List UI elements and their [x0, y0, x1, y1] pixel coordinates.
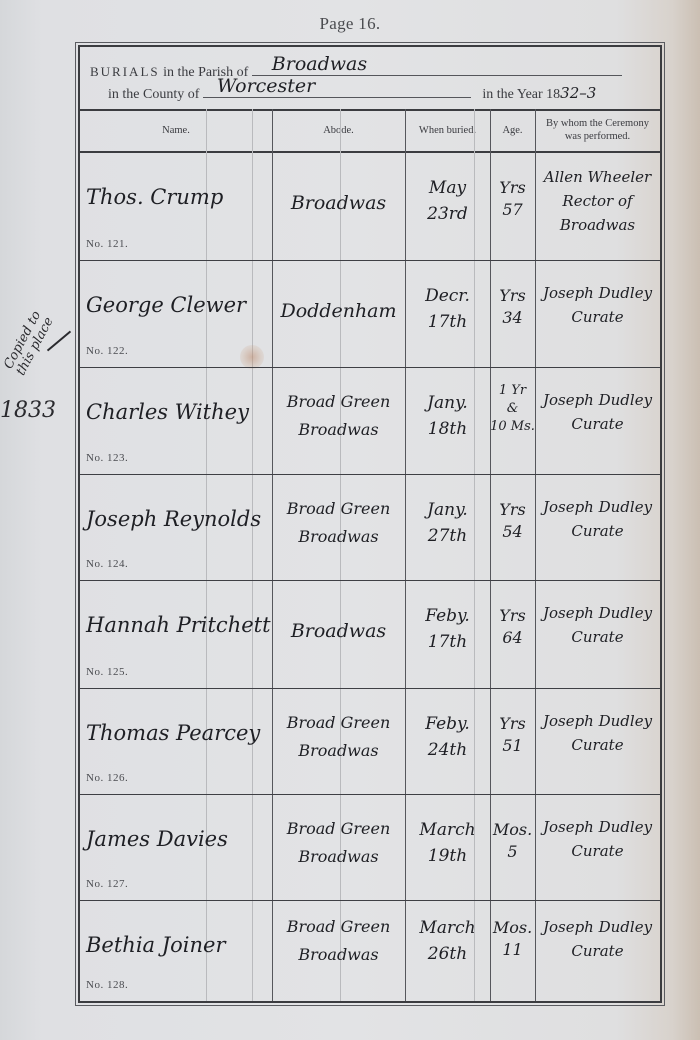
age-value: 34	[490, 307, 535, 329]
age-cell: Yrs57	[490, 153, 535, 260]
entry-number: No. 123.	[86, 452, 128, 464]
entry-number: No. 124.	[86, 558, 128, 570]
abode-cell: Broad GreenBroadwas	[272, 368, 405, 474]
abode-cell: Broad GreenBroadwas	[272, 795, 405, 900]
burial-day: 23rd	[405, 201, 490, 227]
year-label: in the Year 18	[482, 87, 560, 102]
col-header-age: Age.	[490, 109, 535, 151]
name-cell: Hannah Pritchett No. 125.	[80, 581, 272, 688]
officiant-title: Curate	[535, 939, 660, 963]
abode-line: Broadwas	[272, 523, 405, 551]
date-cell: Decr.17th	[405, 261, 490, 367]
date-cell: Jany.27th	[405, 475, 490, 580]
county-label: in the County of	[108, 87, 203, 102]
officiant-title: Curate	[535, 412, 660, 436]
age-value: 57	[490, 199, 535, 221]
officiant-parish: Broadwas	[535, 213, 660, 237]
burial-month: Decr.	[405, 283, 490, 309]
col-header-abode: Abode.	[272, 109, 405, 151]
officiant-name: Joseph Dudley	[535, 709, 660, 733]
margin-note-year: 1833	[0, 398, 56, 423]
name-cell: Charles Withey No. 123.	[80, 368, 272, 474]
register-entry: Bethia Joiner No. 128. Broad GreenBroadw…	[80, 901, 660, 1001]
deceased-name: James Davies	[86, 827, 228, 851]
burials-heading: BURIALS	[90, 64, 160, 79]
age-unit: Yrs	[490, 177, 535, 199]
officiant-title: Curate	[535, 625, 660, 649]
entry-number: No. 122.	[86, 345, 128, 357]
date-cell: Jany.18th	[405, 368, 490, 474]
age-cell: Yrs51	[490, 689, 535, 794]
officiant-name: Joseph Dudley	[535, 281, 660, 305]
officiant-cell: Joseph DudleyCurate	[535, 475, 660, 580]
age-unit: Yrs	[490, 499, 535, 521]
age-unit: Mos.	[490, 917, 535, 939]
age-years: 1 Yr	[490, 382, 535, 400]
parish-line: BURIALS in the Parish of Broadwas	[90, 61, 622, 81]
officiant-name: Joseph Dudley	[535, 601, 660, 625]
burial-day: 27th	[405, 523, 490, 549]
officiant-name: Allen Wheeler	[535, 165, 660, 189]
officiant-cell: Joseph DudleyCurate	[535, 261, 660, 367]
age-cell: Mos.5	[490, 795, 535, 900]
officiant-title: Curate	[535, 839, 660, 863]
burial-day: 24th	[405, 737, 490, 763]
deceased-name: Thos. Crump	[86, 185, 223, 209]
register-entry: George Clewer No. 122. Doddenham Decr.17…	[80, 261, 660, 368]
abode-line: Broadwas	[272, 941, 405, 969]
age-unit: Yrs	[490, 713, 535, 735]
abode-line: Broad Green	[272, 709, 405, 737]
date-cell: May23rd	[405, 153, 490, 260]
deceased-name: Thomas Pearcey	[86, 721, 260, 745]
abode-line: Broad Green	[272, 815, 405, 843]
col-header-name: Name.	[80, 109, 272, 151]
officiant-title: Curate	[535, 305, 660, 329]
abode-line: Broad Green	[272, 495, 405, 523]
age-cell: Mos.11	[490, 901, 535, 1001]
age-cell: Yrs54	[490, 475, 535, 580]
county-field: Worcester	[203, 83, 471, 98]
entry-number: No. 121.	[86, 238, 128, 250]
officiant-cell: Joseph DudleyCurate	[535, 795, 660, 900]
age-value: 51	[490, 735, 535, 757]
abode-cell: Doddenham	[272, 261, 405, 367]
name-cell: Bethia Joiner No. 128.	[80, 901, 272, 1001]
officiant-cell: Joseph DudleyCurate	[535, 581, 660, 688]
officiant-name: Joseph Dudley	[535, 388, 660, 412]
entry-number: No. 125.	[86, 666, 128, 678]
date-cell: March26th	[405, 901, 490, 1001]
date-cell: Feby.17th	[405, 581, 490, 688]
officiant-name: Joseph Dudley	[535, 815, 660, 839]
officiant-cell: Joseph DudleyCurate	[535, 368, 660, 474]
parish-field: Broadwas	[252, 61, 622, 76]
burial-day: 17th	[405, 309, 490, 335]
register-entry: Hannah Pritchett No. 125. Broadwas Feby.…	[80, 581, 660, 689]
officiant-title: Rector of	[535, 189, 660, 213]
register-title-band: BURIALS in the Parish of Broadwas in the…	[80, 47, 660, 111]
year-value: 32–3	[560, 84, 596, 102]
name-cell: Thomas Pearcey No. 126.	[80, 689, 272, 794]
date-cell: March19th	[405, 795, 490, 900]
burial-month: May	[405, 175, 490, 201]
abode-line: Broad Green	[272, 913, 405, 941]
date-cell: Feby.24th	[405, 689, 490, 794]
name-cell: James Davies No. 127.	[80, 795, 272, 900]
abode-line: Broad Green	[272, 388, 405, 416]
margin-tick-mark	[47, 331, 71, 352]
officiant-cell: Allen WheelerRector ofBroadwas	[535, 153, 660, 260]
officiant-name: Joseph Dudley	[535, 495, 660, 519]
burial-month: Jany.	[405, 390, 490, 416]
officiant-name: Joseph Dudley	[535, 915, 660, 939]
officiant-title: Curate	[535, 519, 660, 543]
entry-number: No. 127.	[86, 878, 128, 890]
abode-line: Broadwas	[272, 416, 405, 444]
age-value: 11	[490, 939, 535, 961]
name-cell: Joseph Reynolds No. 124.	[80, 475, 272, 580]
register-entry: Joseph Reynolds No. 124. Broad GreenBroa…	[80, 475, 660, 581]
burial-month: Jany.	[405, 497, 490, 523]
register-page: Page 16. Copied to this place 1833 BURIA…	[0, 0, 700, 1040]
abode-cell: Broad GreenBroadwas	[272, 901, 405, 1001]
col-header-officiant: By whom the Ceremony was performed.	[535, 109, 660, 151]
page-number: Page 16.	[0, 14, 700, 34]
deceased-name: George Clewer	[86, 293, 246, 317]
burial-day: 17th	[405, 629, 490, 655]
age-cell: Yrs34	[490, 261, 535, 367]
burial-day: 26th	[405, 941, 490, 967]
abode-line: Doddenham	[272, 297, 405, 325]
county-value: Worcester	[217, 75, 315, 97]
age-value: 54	[490, 521, 535, 543]
age-months: 10 Ms.	[490, 418, 535, 436]
age-and: &	[490, 400, 535, 418]
age-unit: Yrs	[490, 285, 535, 307]
age-value: 64	[490, 627, 535, 649]
margin-note-copied: Copied to this place	[2, 286, 69, 379]
register-entry: Thomas Pearcey No. 126. Broad GreenBroad…	[80, 689, 660, 795]
county-line: in the County of Worcester in the Year 1…	[108, 83, 596, 103]
deceased-name: Hannah Pritchett	[86, 613, 271, 637]
register-rows: Thos. Crump No. 121. Broadwas May23rd Yr…	[80, 153, 660, 1001]
officiant-cell: Joseph DudleyCurate	[535, 901, 660, 1001]
abode-cell: Broadwas	[272, 581, 405, 688]
age-unit: Mos.	[490, 819, 535, 841]
burial-month: March	[405, 817, 490, 843]
col-header-when-buried: When buried.	[405, 109, 490, 151]
entry-number: No. 126.	[86, 772, 128, 784]
deceased-name: Bethia Joiner	[86, 933, 226, 957]
register-entry: Charles Withey No. 123. Broad GreenBroad…	[80, 368, 660, 475]
burial-day: 18th	[405, 416, 490, 442]
age-unit: Yrs	[490, 605, 535, 627]
deceased-name: Charles Withey	[86, 400, 249, 424]
officiant-title: Curate	[535, 733, 660, 757]
entry-number: No. 128.	[86, 979, 128, 991]
parish-value: Broadwas	[272, 53, 367, 75]
officiant-cell: Joseph DudleyCurate	[535, 689, 660, 794]
abode-line: Broadwas	[272, 737, 405, 765]
age-cell: 1 Yr&10 Ms.	[490, 368, 535, 474]
age-value: 5	[490, 841, 535, 863]
name-cell: Thos. Crump No. 121.	[80, 153, 272, 260]
burial-day: 19th	[405, 843, 490, 869]
deceased-name: Joseph Reynolds	[86, 507, 261, 531]
burial-register-table: BURIALS in the Parish of Broadwas in the…	[78, 45, 662, 1003]
register-entry: James Davies No. 127. Broad GreenBroadwa…	[80, 795, 660, 901]
abode-cell: Broad GreenBroadwas	[272, 689, 405, 794]
column-header-row: Name. Abode. When buried. Age. By whom t…	[80, 109, 660, 153]
register-entry: Thos. Crump No. 121. Broadwas May23rd Yr…	[80, 153, 660, 261]
burial-month: Feby.	[405, 711, 490, 737]
abode-line: Broadwas	[272, 189, 405, 217]
name-cell: George Clewer No. 122.	[80, 261, 272, 367]
abode-cell: Broadwas	[272, 153, 405, 260]
burial-month: Feby.	[405, 603, 490, 629]
abode-cell: Broad GreenBroadwas	[272, 475, 405, 580]
abode-line: Broadwas	[272, 617, 405, 645]
abode-line: Broadwas	[272, 843, 405, 871]
burial-month: March	[405, 915, 490, 941]
age-cell: Yrs64	[490, 581, 535, 688]
